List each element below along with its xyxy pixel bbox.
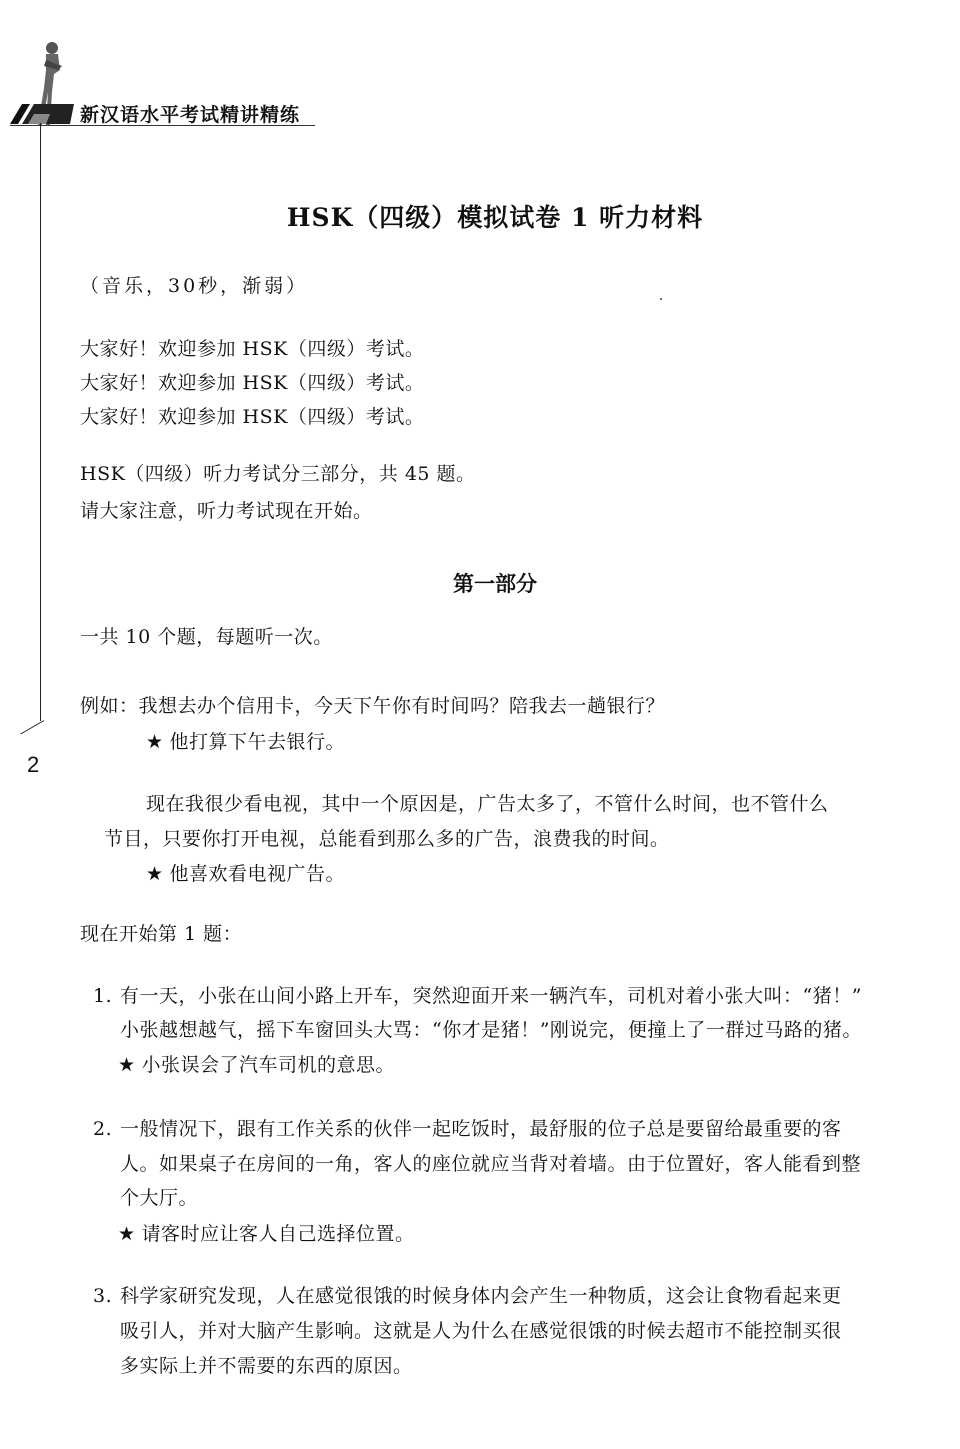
star-icon: ★ bbox=[146, 733, 164, 752]
question-line: 多实际上并不需要的东西的原因。 bbox=[120, 1357, 413, 1376]
star-icon: ★ bbox=[118, 1056, 136, 1075]
question-line: 有一天，小张在山间小路上开车，突然迎面开来一辆汽车，司机对着小张大叫：“猪！” bbox=[120, 987, 862, 1006]
statement-text: 小张误会了汽车司机的意思。 bbox=[142, 1054, 396, 1076]
question-line: 小张越想越气，摇下车窗回头大骂：“你才是猪！”刚说完，便撞上了一群过马路的猪。 bbox=[120, 1021, 862, 1040]
margin-tick bbox=[20, 720, 44, 734]
header-rule bbox=[10, 125, 315, 126]
question-number: 2. bbox=[93, 1120, 112, 1139]
start-prompt: 现在开始第 1 题： bbox=[80, 925, 242, 944]
section-title: 第一部分 bbox=[0, 568, 960, 598]
book-title: 新汉语水平考试精讲精练 bbox=[80, 100, 300, 127]
example-2-line: 现在我很少看电视，其中一个原因是，广告太多了，不管什么时间，也不管什么 bbox=[146, 795, 829, 814]
question-statement: ★请客时应让客人自己选择位置。 bbox=[118, 1225, 415, 1244]
intro-line: HSK（四级）听力考试分三部分，共 45 题。 bbox=[80, 465, 476, 484]
question-number: 3. bbox=[93, 1287, 112, 1306]
question-line: 吸引人，并对大脑产生影响。这就是人为什么在感觉很饿的时候去超市不能控制买很 bbox=[120, 1322, 842, 1341]
statement-text: 他喜欢看电视广告。 bbox=[170, 863, 346, 885]
scan-speck bbox=[660, 298, 662, 300]
example-2-statement: ★他喜欢看电视广告。 bbox=[146, 865, 345, 884]
intro-line: 请大家注意，听力考试现在开始。 bbox=[80, 502, 373, 521]
running-header: 新汉语水平考试精讲精练 bbox=[0, 0, 960, 130]
example-2-line: 节目，只要你打开电视，总能看到那么多的广告，浪费我的时间。 bbox=[104, 830, 670, 849]
question-line: 个大厅。 bbox=[120, 1189, 198, 1208]
star-icon: ★ bbox=[146, 865, 164, 884]
question-statement: ★小张误会了汽车司机的意思。 bbox=[118, 1056, 395, 1075]
statement-text: 他打算下午去银行。 bbox=[170, 731, 346, 753]
example-1: 例如：我想去办个信用卡，今天下午你有时间吗？陪我去一趟银行？ bbox=[80, 697, 665, 716]
question-line: 科学家研究发现，人在感觉很饿的时候身体内会产生一种物质，这会让食物看起来更 bbox=[120, 1287, 842, 1306]
section-instruction: 一共 10 个题，每题听一次。 bbox=[80, 628, 333, 647]
question-number: 1. bbox=[93, 987, 112, 1006]
greeting-line: 大家好！欢迎参加 HSK（四级）考试。 bbox=[80, 340, 424, 359]
page-title: HSK（四级）模拟试卷 1 听力材料 bbox=[0, 198, 960, 234]
greeting-line: 大家好！欢迎参加 HSK（四级）考试。 bbox=[80, 374, 424, 393]
music-note: （音乐，30秒，渐弱） bbox=[80, 277, 308, 296]
header-stripe-icon bbox=[10, 100, 74, 124]
example-label: 例如： bbox=[80, 695, 139, 717]
page-number: 2 bbox=[27, 752, 39, 778]
statement-text: 请客时应让客人自己选择位置。 bbox=[142, 1223, 415, 1245]
star-icon: ★ bbox=[118, 1225, 136, 1244]
question-line: 人。如果桌子在房间的一角，客人的座位就应当背对着墙。由于位置好，客人能看到整 bbox=[120, 1155, 861, 1174]
greeting-line: 大家好！欢迎参加 HSK（四级）考试。 bbox=[80, 408, 424, 427]
example-1-statement: ★他打算下午去银行。 bbox=[146, 733, 345, 752]
example-text: 我想去办个信用卡，今天下午你有时间吗？陪我去一趟银行？ bbox=[139, 695, 666, 717]
question-line: 一般情况下，跟有工作关系的伙伴一起吃饭时，最舒服的位子总是要留给最重要的客 bbox=[120, 1120, 842, 1139]
